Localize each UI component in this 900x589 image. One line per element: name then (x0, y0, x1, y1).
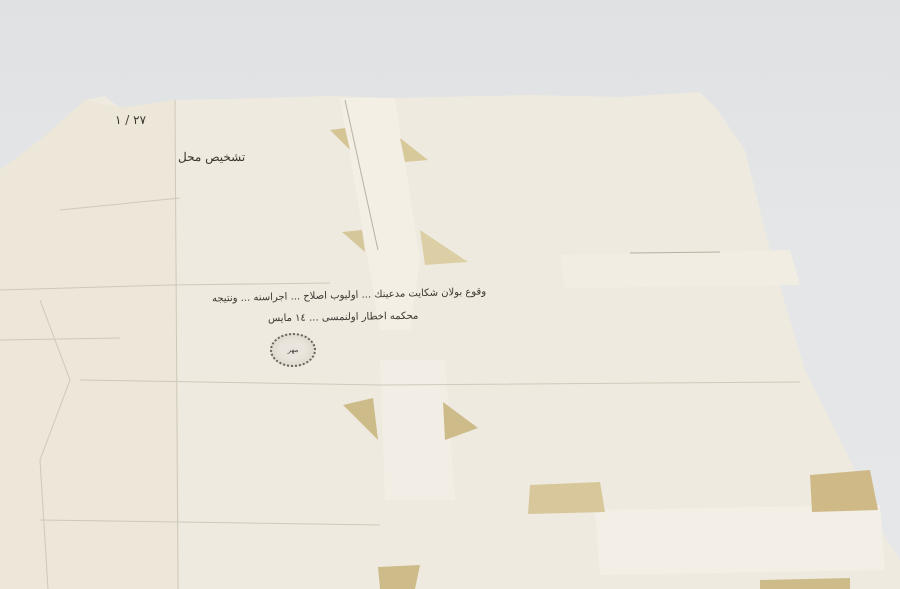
document-photo: ٢٧ / ١ تشخيص محل وقوع بولان شكايت مدعينك… (0, 0, 900, 589)
corner-number: ٢٧ / ١ (115, 113, 146, 127)
seal-stamp: مهر (270, 333, 316, 367)
header-note: تشخيص محل (178, 150, 245, 164)
seal-text: مهر (272, 335, 314, 365)
